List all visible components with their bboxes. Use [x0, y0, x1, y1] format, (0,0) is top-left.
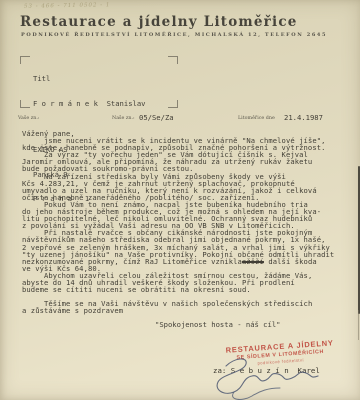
- your-ref-label: Vaše zn.:: [18, 116, 39, 121]
- scan-edge-shadow-lower: [358, 310, 360, 340]
- body-part-1: Vážený pane, jsme nuceni vrátit se k inc…: [22, 129, 334, 266]
- our-ref-label: Naše zn.:: [112, 116, 135, 121]
- address-corner-mark-bottom-left: [20, 100, 30, 108]
- address-corner-mark-top-right: [168, 56, 178, 64]
- address-corner-mark-top-left: [20, 56, 30, 64]
- recipient-salutation: Titl: [33, 75, 146, 83]
- letter-body: Vážený pane, jsme nuceni vrátit se k inc…: [22, 130, 354, 314]
- handwritten-signature: [208, 352, 338, 400]
- pencil-annotation: 53 - 466 - 711 0502 - 1: [24, 2, 110, 10]
- letter-page: 53 - 466 - 711 0502 - 1 Restaurace a jíd…: [0, 0, 360, 400]
- date-label: Litoměřice dne: [238, 116, 275, 121]
- company-slogan: "Spokojenost hosta - náš cíl": [155, 320, 281, 329]
- date-value: 21.4.1987: [284, 113, 323, 122]
- company-subtitle: PODNIKOVÉ ŘEDITELSTVÍ LITOMĚŘICE, MICHAL…: [21, 32, 327, 38]
- our-ref-value: 05/Se/Za: [139, 113, 174, 122]
- address-corner-mark-bottom-right: [168, 100, 178, 108]
- recipient-name: F o r m á n e k Stanislav: [33, 100, 146, 108]
- company-title: Restaurace a jídelny Litoměřice: [20, 14, 298, 30]
- typed-over-correction: ažšží: [242, 257, 264, 266]
